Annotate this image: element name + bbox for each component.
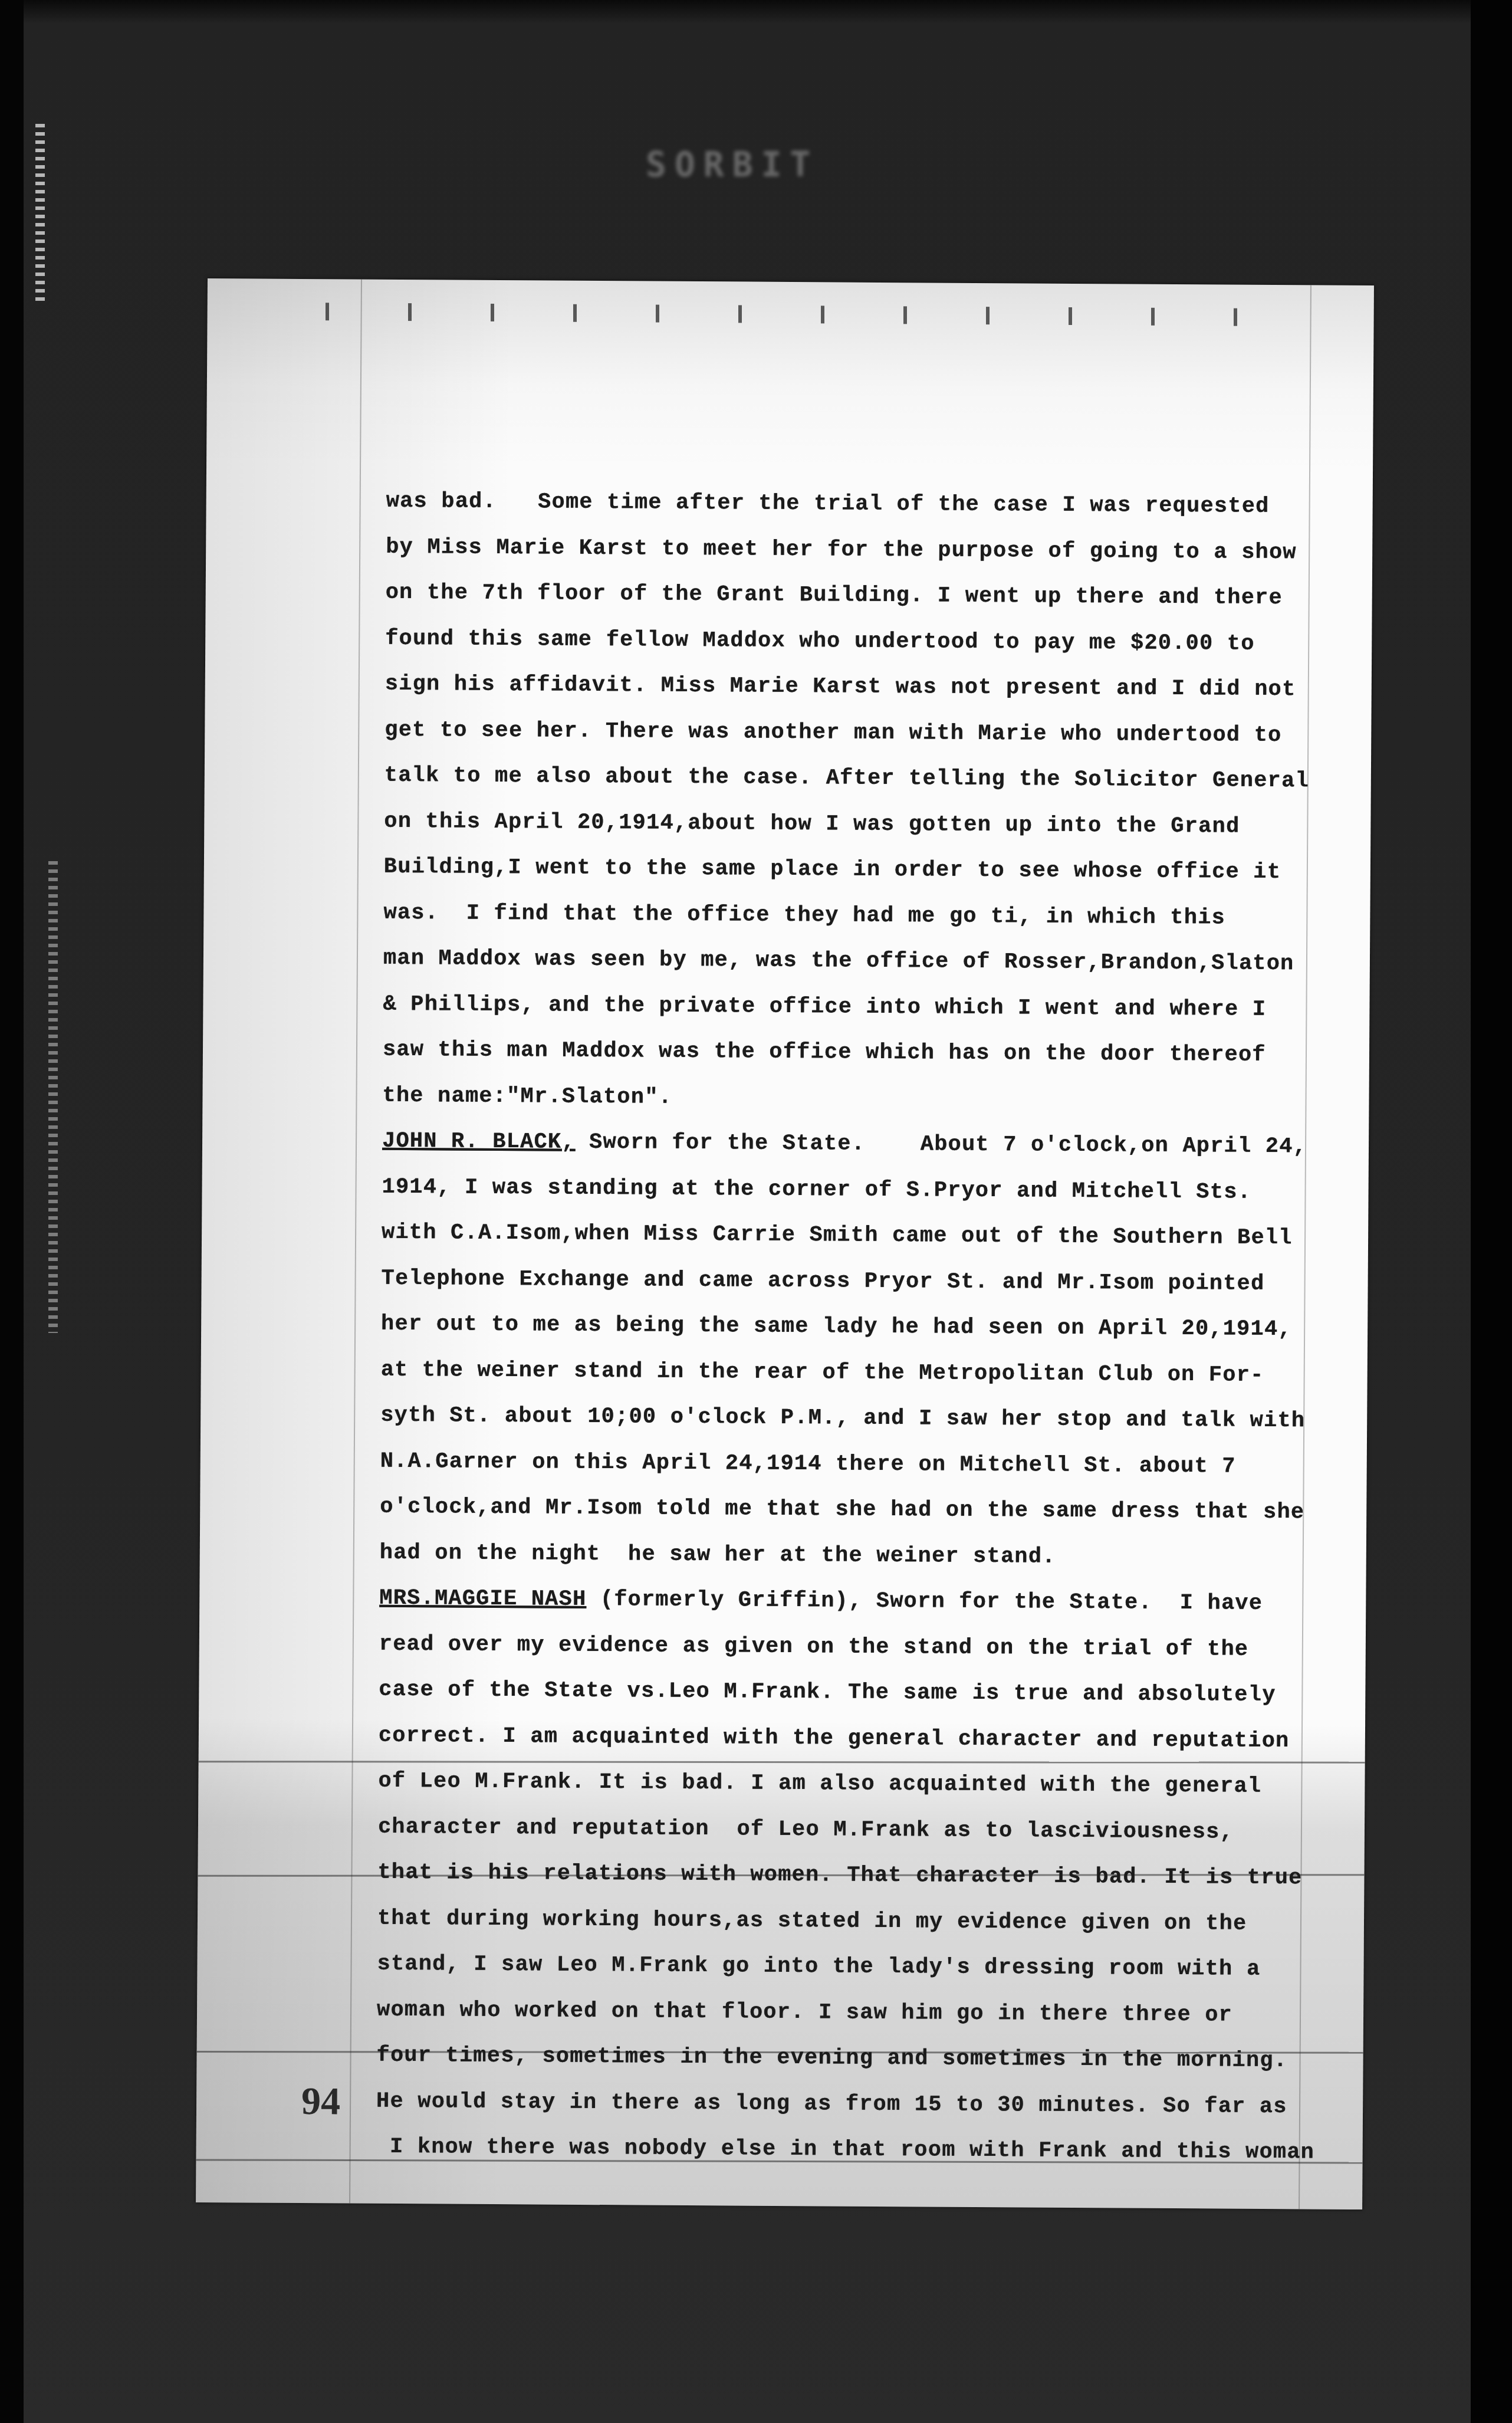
page-number: 94	[301, 2079, 340, 2124]
text-line: o'clock,and Mr.Isom told me that she had…	[380, 1485, 1347, 1536]
text-line: by Miss Marie Karst to meet her for the …	[386, 524, 1353, 576]
text-line: stand, I saw Leo M.Frank go into the lad…	[377, 1942, 1344, 1994]
text-line: syth St. about 10;00 o'clock P.M., and I…	[380, 1393, 1347, 1445]
text-line: Sworn for the State. About 7 o'clock,on …	[576, 1130, 1307, 1160]
text-line: on the 7th floor of the Grant Building. …	[386, 570, 1353, 622]
text-line: had on the night he saw her at the weine…	[380, 1530, 1347, 1582]
text-line: woman who worked on that floor. I saw hi…	[377, 1987, 1344, 2039]
film-sprocket-marks	[48, 861, 58, 1333]
text-line: her out to me as being the same lady he …	[381, 1302, 1348, 1354]
typewritten-page: was bad. Some time after the trial of th…	[196, 278, 1374, 2209]
witness-name: MRS.MAGGIE NASH	[379, 1586, 586, 1612]
text-line: on this April 20,1914,about how I was go…	[384, 799, 1351, 851]
testimony-text: was bad. Some time after the trial of th…	[376, 479, 1353, 2176]
text-line: Telephone Exchange and came across Pryor…	[381, 1256, 1348, 1308]
witness-maggie-nash: MRS.MAGGIE NASH (formerly Griffin), Swor…	[379, 1576, 1346, 1628]
text-line: read over my evidence as given on the st…	[379, 1621, 1346, 1673]
page-top-marks	[326, 303, 1269, 326]
text-line: saw this man Maddox was the office which…	[383, 1027, 1350, 1079]
text-line: N.A.Garner on this April 24,1914 there o…	[380, 1439, 1347, 1490]
film-sprocket-marks	[35, 124, 45, 301]
text-line: case of the State vs.Leo M.Frank. The sa…	[379, 1667, 1346, 1719]
film-edge-right	[1471, 0, 1512, 2423]
text-line: found this same fellow Maddox who undert…	[385, 616, 1352, 668]
text-line: was. I find that the office they had me …	[383, 890, 1350, 942]
text-line: get to see her. There was another man wi…	[384, 707, 1352, 759]
text-line: the name:"Mr.Slaton".	[382, 1073, 1349, 1125]
text-line: correct. I am acquainted with the genera…	[379, 1713, 1346, 1765]
text-line: 1914, I was standing at the corner of S.…	[382, 1164, 1349, 1216]
text-line: four times, sometimes in the evening and…	[376, 2033, 1343, 2085]
text-line: was bad. Some time after the trial of th…	[386, 479, 1353, 531]
text-line: that during working hours,as stated in m…	[377, 1896, 1345, 1948]
witness-name: JOHN R. BLACK,	[382, 1129, 576, 1155]
text-line: at the weiner stand in the rear of the M…	[380, 1347, 1347, 1399]
film-frame-mark: SORBIT	[646, 145, 819, 185]
text-line: I know there was nobody else in that roo…	[376, 2125, 1343, 2176]
text-line: of Leo M.Frank. It is bad. I am also acq…	[378, 1759, 1345, 1811]
text-line: sign his affidavit. Miss Marie Karst was…	[385, 662, 1352, 714]
margin-rule-left	[349, 280, 362, 2204]
witness-john-r-black: JOHN R. BLACK, Sworn for the State. Abou…	[382, 1119, 1349, 1171]
text-line: Building,I went to the same place in ord…	[384, 845, 1351, 897]
text-line: He would stay in there as long as from 1…	[376, 2079, 1343, 2130]
text-line: man Maddox was seen by me, was the offic…	[383, 936, 1350, 988]
text-line: character and reputation of Leo M.Frank …	[378, 1804, 1345, 1856]
text-line: talk to me also about the case. After te…	[384, 753, 1352, 805]
text-line: (formerly Griffin), Sworn for the State.…	[586, 1587, 1263, 1616]
film-edge-left	[0, 0, 24, 2423]
text-line: with C.A.Isom,when Miss Carrie Smith cam…	[382, 1210, 1349, 1262]
text-line: that is his relations with women. That c…	[377, 1850, 1345, 1902]
text-line: & Phillips, and the private office into …	[383, 981, 1350, 1033]
